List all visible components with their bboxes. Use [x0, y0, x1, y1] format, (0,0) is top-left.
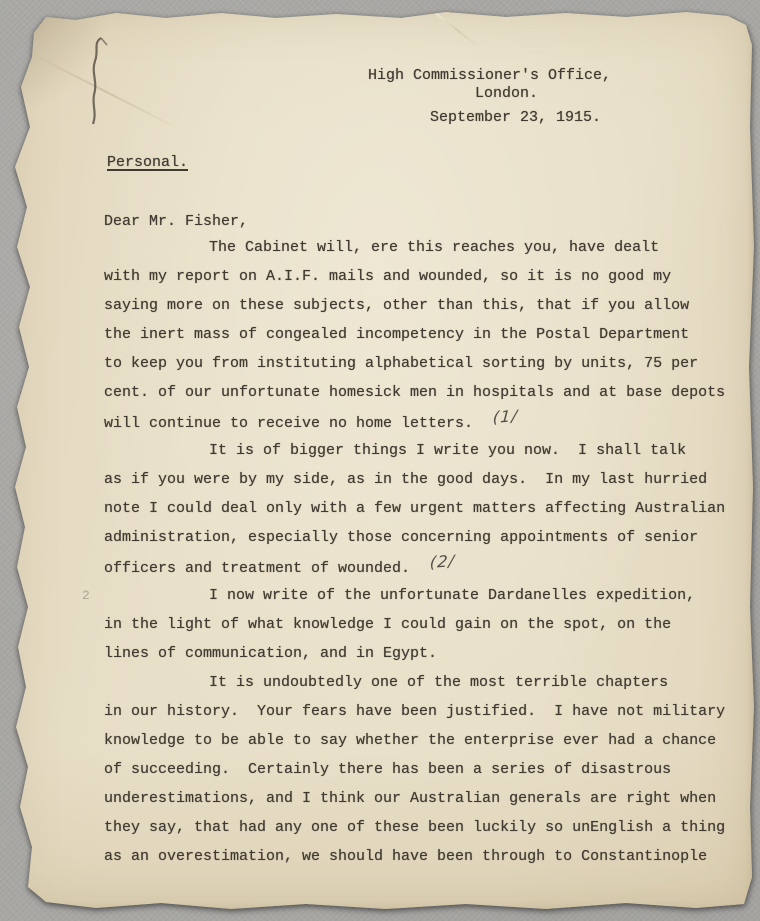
- letter-line: in the light of what knowledge I could g…: [104, 610, 725, 639]
- letter-line: It is of bigger things I write you now. …: [104, 436, 725, 465]
- letter-line: they say, that had any one of these been…: [104, 813, 725, 842]
- letter-line: as an overestimation, we should have bee…: [104, 842, 725, 871]
- letter-line-text: will continue to receive no home letters…: [104, 415, 473, 432]
- faint-margin-mark: 2: [82, 586, 90, 606]
- letter-line: lines of communication, and in Egypt.: [104, 639, 725, 668]
- letter-line: It is undoubtedly one of the most terrib…: [104, 668, 725, 697]
- letter-line: of succeeding. Certainly there has been …: [104, 755, 725, 784]
- letter-line: saying more on these subjects, other tha…: [104, 291, 725, 320]
- letter-line: underestimations, and I think our Austra…: [104, 784, 725, 813]
- header-city-line: London.: [475, 84, 538, 104]
- letter-line: officers and treatment of wounded.(2/: [104, 552, 725, 581]
- letter-date: September 23, 1915.: [430, 108, 601, 128]
- personal-marking: Personal.: [107, 153, 188, 173]
- header-office-line: High Commissioner's Office,: [368, 66, 611, 86]
- letter-line: with my report on A.I.F. mails and wound…: [104, 262, 725, 291]
- letter-line: The Cabinet will, ere this reaches you, …: [104, 233, 725, 262]
- letter-line: as if you were by my side, as in the goo…: [104, 465, 725, 494]
- scan-background: High Commissioner's Office, London. Sept…: [0, 0, 760, 921]
- letter-line: cent. of our unfortunate homesick men in…: [104, 378, 725, 407]
- paper-edge-notch: [732, 8, 745, 16]
- letter-line: I now write of the unfortunate Dardanell…: [104, 581, 725, 610]
- letter-line: to keep you from instituting alphabetica…: [104, 349, 725, 378]
- letter-paper: High Commissioner's Office, London. Sept…: [6, 7, 754, 911]
- letter-body: The Cabinet will, ere this reaches you, …: [104, 233, 725, 871]
- letter-line: note I could deal only with a few urgent…: [104, 494, 725, 523]
- letter-line: administration, especially those concern…: [104, 523, 725, 552]
- letter-line: in our history. Your fears have been jus…: [104, 697, 725, 726]
- letter-line-text: officers and treatment of wounded.: [104, 560, 410, 577]
- paper-sheet: High Commissioner's Office, London. Sept…: [6, 7, 754, 911]
- handwritten-annotation-2: (2/: [429, 546, 456, 577]
- letter-line: will continue to receive no home letters…: [104, 407, 725, 436]
- letter-line: knowledge to be able to say whether the …: [104, 726, 725, 755]
- salutation: Dear Mr. Fisher,: [104, 212, 248, 232]
- letter-line: the inert mass of congealed incompetency…: [104, 320, 725, 349]
- paper-stain: [18, 871, 24, 876]
- paper-tear-mark: [87, 36, 113, 128]
- paper-crease: [433, 11, 480, 48]
- handwritten-annotation-1: (1/: [492, 401, 519, 432]
